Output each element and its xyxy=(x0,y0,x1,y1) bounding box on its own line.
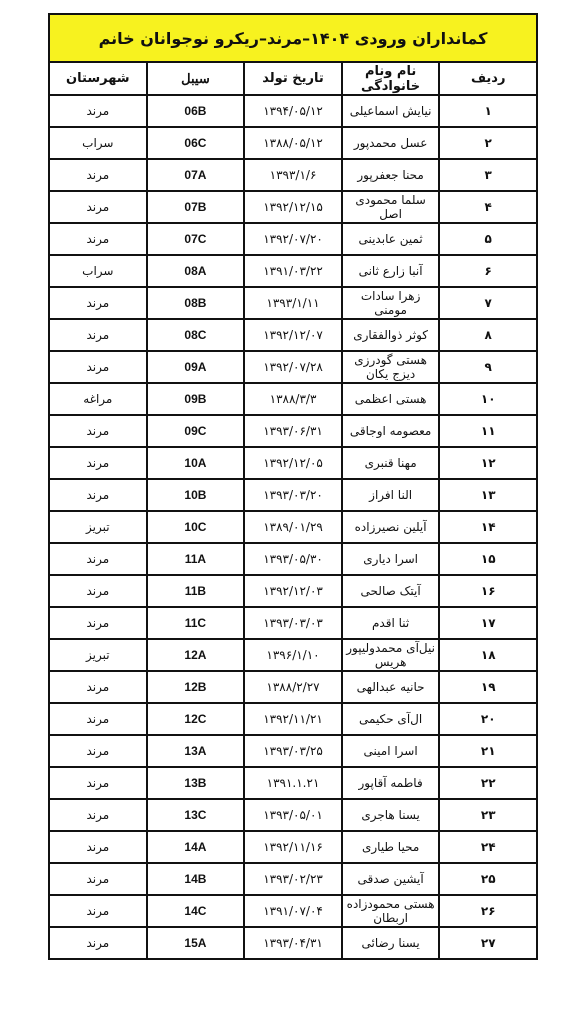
cell-seal: 10C xyxy=(147,511,245,543)
cell-name: النا افراز xyxy=(342,479,440,511)
cell-name: محنا جعفرپور xyxy=(342,159,440,191)
cell-seal: 09B xyxy=(147,383,245,415)
cell-index: ۱۹ xyxy=(439,671,537,703)
cell-birth-date: ۱۳۹۳/۱/۱۱ xyxy=(244,287,342,319)
header-name: نام ونام خانوادگی xyxy=(342,62,440,95)
cell-seal: 14C xyxy=(147,895,245,927)
cell-seal: 08A xyxy=(147,255,245,287)
cell-seal: 06C xyxy=(147,127,245,159)
cell-seal: 13B xyxy=(147,767,245,799)
cell-name: هستی اعظمی xyxy=(342,383,440,415)
cell-name: اسرا دیاری xyxy=(342,543,440,575)
cell-birth-date: ۱۳۹۳/۰۶/۳۱ xyxy=(244,415,342,447)
cell-name: محیا طیاری xyxy=(342,831,440,863)
cell-index: ۴ xyxy=(439,191,537,223)
cell-city: مرند xyxy=(49,863,147,895)
cell-city: مرند xyxy=(49,479,147,511)
cell-index: ۲۱ xyxy=(439,735,537,767)
cell-index: ۱۴ xyxy=(439,511,537,543)
cell-city: مراغه xyxy=(49,383,147,415)
cell-seal: 14B xyxy=(147,863,245,895)
cell-index: ۵ xyxy=(439,223,537,255)
table-row: ۲۴محیا طیاری۱۳۹۲/۱۱/۱۶14Aمرند xyxy=(49,831,537,863)
table-row: ۱نیایش اسماعیلی۱۳۹۴/۰۵/۱۲06Bمرند xyxy=(49,95,537,127)
cell-seal: 12C xyxy=(147,703,245,735)
cell-birth-date: ۱۳۹۲/۱۲/۰۳ xyxy=(244,575,342,607)
cell-birth-date: ۱۳۹۳/۰۲/۲۳ xyxy=(244,863,342,895)
cell-index: ۱۲ xyxy=(439,447,537,479)
cell-birth-date: ۱۳۹۴/۰۵/۱۲ xyxy=(244,95,342,127)
cell-index: ۲۷ xyxy=(439,927,537,959)
cell-seal: 11C xyxy=(147,607,245,639)
cell-city: مرند xyxy=(49,319,147,351)
table-row: ۱۱معصومه اوجاقی۱۳۹۳/۰۶/۳۱09Cمرند xyxy=(49,415,537,447)
table-row: ۱۹حانیه عبدالهی۱۳۸۸/۲/۲۷12Bمرند xyxy=(49,671,537,703)
cell-name: فاطمه آقاپور xyxy=(342,767,440,799)
cell-seal: 08C xyxy=(147,319,245,351)
table-row: ۱۴آیلین نصیرزاده۱۳۸۹/۰۱/۲۹10Cتبریز xyxy=(49,511,537,543)
table-row: ۱۲مهنا قنبری۱۳۹۲/۱۲/۰۵10Aمرند xyxy=(49,447,537,479)
cell-seal: 07B xyxy=(147,191,245,223)
cell-city: مرند xyxy=(49,287,147,319)
cell-index: ۲۴ xyxy=(439,831,537,863)
cell-city: سراب xyxy=(49,127,147,159)
cell-city: مرند xyxy=(49,351,147,383)
cell-name: یسنا هاجری xyxy=(342,799,440,831)
cell-city: مرند xyxy=(49,543,147,575)
table-row: ۲۰ال‌آی حکیمی۱۳۹۲/۱۱/۲۱12Cمرند xyxy=(49,703,537,735)
table-row: ۲۷یسنا رضائی۱۳۹۳/۰۴/۳۱15Aمرند xyxy=(49,927,537,959)
table-row: ۸کوثر ذوالفقاری۱۳۹۲/۱۲/۰۷08Cمرند xyxy=(49,319,537,351)
cell-city: مرند xyxy=(49,703,147,735)
cell-name: یسنا رضائی xyxy=(342,927,440,959)
cell-city: مرند xyxy=(49,831,147,863)
cell-index: ۱۸ xyxy=(439,639,537,671)
cell-city: مرند xyxy=(49,191,147,223)
table-row: ۱۳النا افراز۱۳۹۳/۰۳/۲۰10Bمرند xyxy=(49,479,537,511)
cell-city: مرند xyxy=(49,415,147,447)
cell-birth-date: ۱۳۹۳/۰۵/۰۱ xyxy=(244,799,342,831)
cell-birth-date: ۱۳۹۱/۰۷/۰۴ xyxy=(244,895,342,927)
cell-name: هستی گودرزی دیزج یکان xyxy=(342,351,440,383)
cell-birth-date: ۱۳۹۲/۱۲/۰۵ xyxy=(244,447,342,479)
cell-name: اسرا امینی xyxy=(342,735,440,767)
cell-birth-date: ۱۳۹۶/۱/۱۰ xyxy=(244,639,342,671)
cell-birth-date: ۱۳۸۹/۰۱/۲۹ xyxy=(244,511,342,543)
cell-seal: 09A xyxy=(147,351,245,383)
cell-seal: 06B xyxy=(147,95,245,127)
cell-name: زهرا سادات مومنی xyxy=(342,287,440,319)
table-row: ۳محنا جعفرپور۱۳۹۳/۱/۶07Aمرند xyxy=(49,159,537,191)
header-row: ردیف نام ونام خانوادگی تاریخ تولد سیبل ش… xyxy=(49,62,537,95)
cell-seal: 11B xyxy=(147,575,245,607)
cell-name: معصومه اوجاقی xyxy=(342,415,440,447)
cell-city: مرند xyxy=(49,607,147,639)
cell-birth-date: ۱۳۹۲/۱۲/۰۷ xyxy=(244,319,342,351)
cell-seal: 12B xyxy=(147,671,245,703)
cell-seal: 10B xyxy=(147,479,245,511)
roster-table: کمانداران ورودی ۱۴۰۴–مرند–ریکرو نوجوانان… xyxy=(48,13,538,960)
cell-index: ۲۶ xyxy=(439,895,537,927)
table-row: ۱۸نیل‌آی محمدولیپور هریس۱۳۹۶/۱/۱۰12Aتبری… xyxy=(49,639,537,671)
cell-city: سراب xyxy=(49,255,147,287)
roster-sheet: کمانداران ورودی ۱۴۰۴–مرند–ریکرو نوجوانان… xyxy=(48,13,538,960)
cell-birth-date: ۱۳۹۳/۰۵/۳۰ xyxy=(244,543,342,575)
cell-birth-date: ۱۳۹۲/۱۲/۱۵ xyxy=(244,191,342,223)
cell-birth-date: ۱۳۸۸/۲/۲۷ xyxy=(244,671,342,703)
cell-index: ۱۷ xyxy=(439,607,537,639)
header-index: ردیف xyxy=(439,62,537,95)
cell-birth-date: ۱۳۹۲/۰۷/۲۸ xyxy=(244,351,342,383)
table-row: ۲۱اسرا امینی۱۳۹۳/۰۳/۲۵13Aمرند xyxy=(49,735,537,767)
cell-birth-date: ۱۳۹۲/۱۱/۱۶ xyxy=(244,831,342,863)
cell-seal: 11A xyxy=(147,543,245,575)
table-row: ۶آنبا زارع ثانی۱۳۹۱/۰۳/۲۲08Aسراب xyxy=(49,255,537,287)
cell-index: ۸ xyxy=(439,319,537,351)
table-row: ۱۰هستی اعظمی۱۳۸۸/۳/۳09Bمراغه xyxy=(49,383,537,415)
cell-city: مرند xyxy=(49,767,147,799)
cell-index: ۲۵ xyxy=(439,863,537,895)
cell-index: ۹ xyxy=(439,351,537,383)
header-birth-date: تاریخ تولد xyxy=(244,62,342,95)
cell-index: ۱۱ xyxy=(439,415,537,447)
cell-birth-date: ۱۳۹۳/۰۳/۲۵ xyxy=(244,735,342,767)
table-row: ۴سلما محمودی اصل۱۳۹۲/۱۲/۱۵07Bمرند xyxy=(49,191,537,223)
cell-city: مرند xyxy=(49,447,147,479)
cell-city: مرند xyxy=(49,799,147,831)
cell-index: ۲۲ xyxy=(439,767,537,799)
table-row: ۲۵آیشین صدقی۱۳۹۳/۰۲/۲۳14Bمرند xyxy=(49,863,537,895)
cell-index: ۲ xyxy=(439,127,537,159)
cell-seal: 14A xyxy=(147,831,245,863)
cell-name: هستی محمودزاده اربطان xyxy=(342,895,440,927)
cell-name: ثنا اقدم xyxy=(342,607,440,639)
cell-seal: 08B xyxy=(147,287,245,319)
cell-name: حانیه عبدالهی xyxy=(342,671,440,703)
header-city: شهرستان xyxy=(49,62,147,95)
cell-seal: 10A xyxy=(147,447,245,479)
table-body: ۱نیایش اسماعیلی۱۳۹۴/۰۵/۱۲06Bمرند۲عسل محم… xyxy=(49,95,537,959)
cell-seal: 07A xyxy=(147,159,245,191)
cell-name: ال‌آی حکیمی xyxy=(342,703,440,735)
table-row: ۱۶آیتک صالحی۱۳۹۲/۱۲/۰۳11Bمرند xyxy=(49,575,537,607)
cell-birth-date: ۱۳۸۸/۳/۳ xyxy=(244,383,342,415)
table-row: ۱۵اسرا دیاری۱۳۹۳/۰۵/۳۰11Aمرند xyxy=(49,543,537,575)
header-seal: سیبل xyxy=(147,62,245,95)
cell-birth-date: ۱۳۹۳/۰۳/۲۰ xyxy=(244,479,342,511)
cell-index: ۶ xyxy=(439,255,537,287)
cell-birth-date: ۱۳۹۳/۰۳/۰۳ xyxy=(244,607,342,639)
cell-seal: 15A xyxy=(147,927,245,959)
cell-birth-date: ۱۳۸۸/۰۵/۱۲ xyxy=(244,127,342,159)
cell-city: مرند xyxy=(49,735,147,767)
table-row: ۱۷ثنا اقدم۱۳۹۳/۰۳/۰۳11Cمرند xyxy=(49,607,537,639)
table-row: ۵ثمین عابدینی۱۳۹۲/۰۷/۲۰07Cمرند xyxy=(49,223,537,255)
cell-city: مرند xyxy=(49,927,147,959)
cell-index: ۱۵ xyxy=(439,543,537,575)
cell-name: آیتک صالحی xyxy=(342,575,440,607)
cell-name: کوثر ذوالفقاری xyxy=(342,319,440,351)
cell-name: سلما محمودی اصل xyxy=(342,191,440,223)
cell-birth-date: ۱۳۹۱/۰۳/۲۲ xyxy=(244,255,342,287)
cell-city: تبریز xyxy=(49,639,147,671)
cell-seal: 12A xyxy=(147,639,245,671)
cell-city: مرند xyxy=(49,895,147,927)
cell-name: عسل محمدپور xyxy=(342,127,440,159)
cell-index: ۱ xyxy=(439,95,537,127)
cell-index: ۱۳ xyxy=(439,479,537,511)
cell-birth-date: ۱۳۹۱.۱.۲۱ xyxy=(244,767,342,799)
cell-name: مهنا قنبری xyxy=(342,447,440,479)
cell-seal: 13A xyxy=(147,735,245,767)
table-row: ۹هستی گودرزی دیزج یکان۱۳۹۲/۰۷/۲۸09Aمرند xyxy=(49,351,537,383)
cell-birth-date: ۱۳۹۳/۱/۶ xyxy=(244,159,342,191)
table-row: ۲۳یسنا هاجری۱۳۹۳/۰۵/۰۱13Cمرند xyxy=(49,799,537,831)
cell-index: ۱۶ xyxy=(439,575,537,607)
cell-city: مرند xyxy=(49,159,147,191)
table-title: کمانداران ورودی ۱۴۰۴–مرند–ریکرو نوجوانان… xyxy=(49,14,537,62)
cell-index: ۲۰ xyxy=(439,703,537,735)
cell-name: آنبا زارع ثانی xyxy=(342,255,440,287)
cell-name: نیل‌آی محمدولیپور هریس xyxy=(342,639,440,671)
cell-seal: 07C xyxy=(147,223,245,255)
cell-index: ۳ xyxy=(439,159,537,191)
table-row: ۷زهرا سادات مومنی۱۳۹۳/۱/۱۱08Bمرند xyxy=(49,287,537,319)
cell-seal: 13C xyxy=(147,799,245,831)
cell-name: نیایش اسماعیلی xyxy=(342,95,440,127)
cell-name: ثمین عابدینی xyxy=(342,223,440,255)
cell-city: مرند xyxy=(49,575,147,607)
cell-name: آیلین نصیرزاده xyxy=(342,511,440,543)
cell-city: مرند xyxy=(49,223,147,255)
cell-birth-date: ۱۳۹۲/۱۱/۲۱ xyxy=(244,703,342,735)
cell-index: ۲۳ xyxy=(439,799,537,831)
cell-city: مرند xyxy=(49,671,147,703)
cell-city: تبریز xyxy=(49,511,147,543)
table-row: ۲۲فاطمه آقاپور۱۳۹۱.۱.۲۱13Bمرند xyxy=(49,767,537,799)
table-row: ۲۶هستی محمودزاده اربطان۱۳۹۱/۰۷/۰۴14Cمرند xyxy=(49,895,537,927)
cell-index: ۱۰ xyxy=(439,383,537,415)
cell-seal: 09C xyxy=(147,415,245,447)
cell-index: ۷ xyxy=(439,287,537,319)
cell-birth-date: ۱۳۹۳/۰۴/۳۱ xyxy=(244,927,342,959)
cell-name: آیشین صدقی xyxy=(342,863,440,895)
cell-city: مرند xyxy=(49,95,147,127)
cell-birth-date: ۱۳۹۲/۰۷/۲۰ xyxy=(244,223,342,255)
table-row: ۲عسل محمدپور۱۳۸۸/۰۵/۱۲06Cسراب xyxy=(49,127,537,159)
